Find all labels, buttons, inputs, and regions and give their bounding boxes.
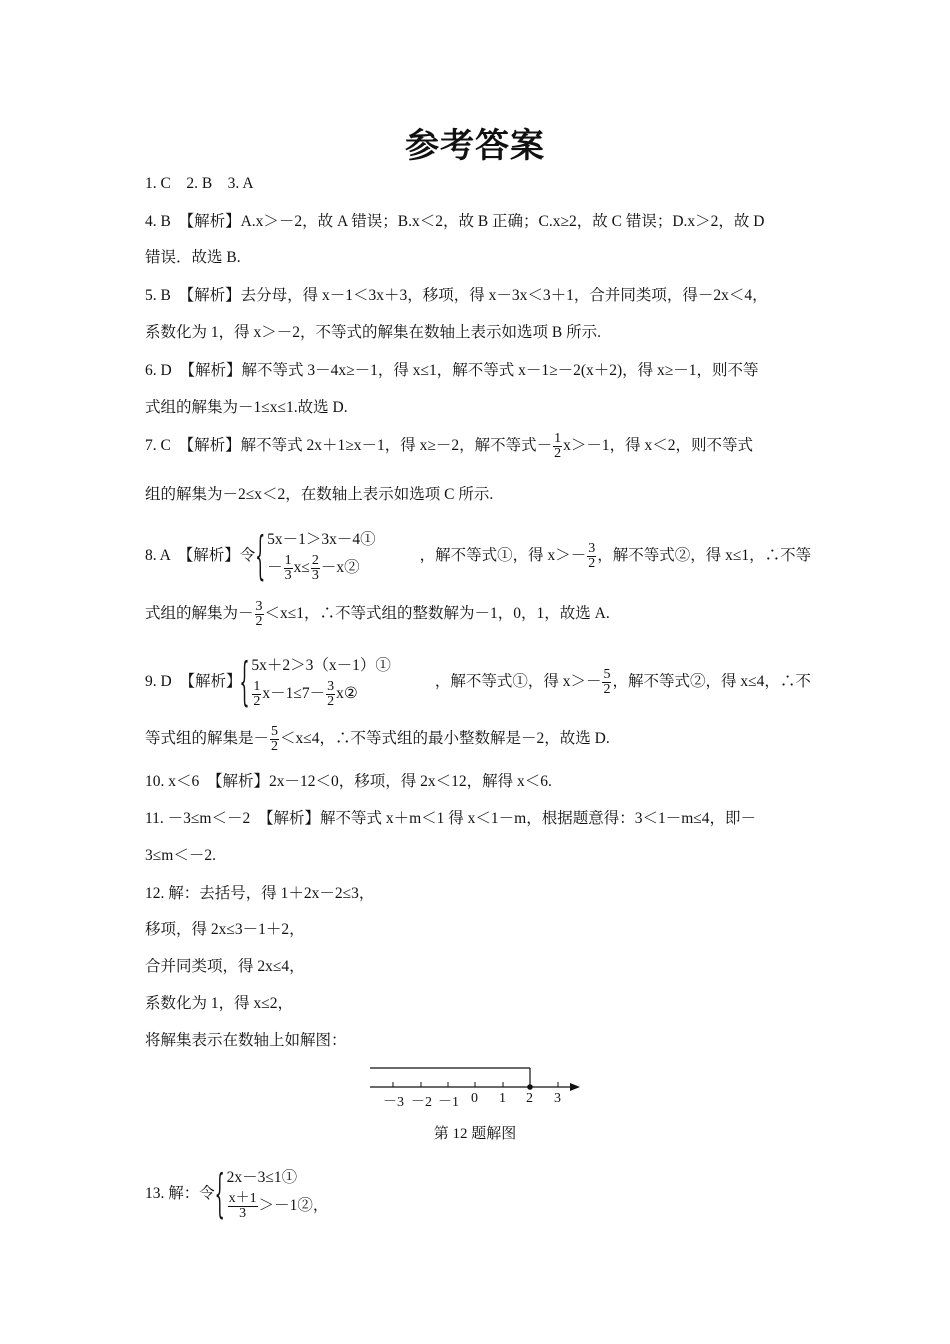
- answer-6-line2: 式组的解集为－1≤x≤1.故选 D.: [145, 398, 348, 418]
- system-row-2: －13x≤23－x②: [267, 554, 376, 583]
- answer-7-line2: 组的解集为－2≤x＜2，在数轴上表示如选项 C 所示.: [145, 485, 493, 505]
- answer-12-line5: 将解集表示在数轴上如解图：: [145, 1031, 347, 1051]
- answer-9-line2: 等式组的解集是－52＜x≤4，∴不等式组的最小整数解是－2，故选 D.: [145, 725, 610, 754]
- answer-12-line1: 12. 解：去括号，得 1＋2x－2≤3，: [145, 884, 374, 904]
- answer-12-line2: 移项，得 2x≤3－1＋2，: [145, 920, 305, 940]
- answer-12-line4: 系数化为 1，得 x≤2，: [145, 994, 293, 1014]
- inequality-system: { 2x－3≤1① x＋13＞－1②，: [227, 1168, 329, 1221]
- page-title: 参考答案: [0, 118, 950, 167]
- left-brace-icon: {: [255, 525, 265, 589]
- answer-page: 参考答案 1. C 2. B 3. A 4. B 【解析】A.x＞－2，故 A …: [0, 0, 950, 1344]
- system-row-1: 5x＋2＞3（x－1）①: [251, 656, 391, 676]
- system-row-2: 12x－1≤7－32x②: [251, 680, 391, 709]
- answer-7-pre: 7. C 【解析】解不等式 2x＋1≥x－1，得 x≥－2，解不等式－: [145, 437, 552, 454]
- number-line-figure: －3 －2 －1 0 1 2 3: [365, 1060, 585, 1120]
- answer-7-line1: 7. C 【解析】解不等式 2x＋1≥x－1，得 x≥－2，解不等式－12x＞－…: [145, 432, 753, 461]
- answer-8-line2: 式组的解集为－32＜x≤1，∴不等式组的整数解为－1，0，1，故选 A.: [145, 600, 610, 629]
- answer-8-pre: 8. A 【解析】令: [145, 547, 255, 564]
- answer-9-pre: 9. D 【解析】: [145, 673, 241, 690]
- answer-7-post: x＞－1，得 x＜2，则不等式: [563, 437, 753, 454]
- answer-13-pre: 13. 解：令: [145, 1185, 215, 1202]
- answer-13-line1: 13. 解：令 { 2x－3≤1① x＋13＞－1②，: [145, 1168, 328, 1221]
- answer-11-line2: 3≤m＜－2.: [145, 846, 216, 866]
- fraction: 12: [553, 432, 562, 461]
- left-brace-icon: {: [239, 651, 249, 715]
- inequality-system: { 5x－1＞3x－4① －13x≤23－x②: [267, 530, 376, 583]
- answer-4-line2: 错误．故选 B.: [145, 248, 241, 268]
- figure-caption: 第 12 题解图: [0, 1122, 950, 1143]
- answer-6-line1: 6. D 【解析】解不等式 3－4x≥－1，得 x≤1，解不等式 x－1≥－2(…: [145, 361, 759, 381]
- number-line-icon: [365, 1060, 585, 1120]
- inequality-system: { 5x＋2＞3（x－1）① 12x－1≤7－32x②: [251, 656, 391, 709]
- answer-10: 10. x＜6 【解析】2x－12＜0，移项，得 2x＜12，解得 x＜6.: [145, 772, 552, 792]
- system-row-1: 2x－3≤1①: [227, 1168, 329, 1188]
- answer-5-line1: 5. B 【解析】去分母，得 x－1＜3x＋3，移项，得 x－3x＜3＋1，合并…: [145, 286, 768, 306]
- answer-12-line3: 合并同类项，得 2x≤4，: [145, 957, 305, 977]
- answer-4-line1: 4. B 【解析】A.x＞－2，故 A 错误；B.x＜2，故 B 正确；C.x≥…: [145, 212, 765, 232]
- left-brace-icon: {: [215, 1163, 225, 1227]
- answer-9-line1: 9. D 【解析】 { 5x＋2＞3（x－1）① 12x－1≤7－32x② ，解…: [145, 656, 811, 709]
- answer-11-line1: 11. －3≤m＜－2 【解析】解不等式 x＋m＜1 得 x＜1－m，根据题意得…: [145, 809, 756, 829]
- answer-5-line2: 系数化为 1，得 x＞－2，不等式的解集在数轴上表示如选项 B 所示.: [145, 323, 601, 343]
- answer-8-line1: 8. A 【解析】令 { 5x－1＞3x－4① －13x≤23－x② ，解不等式…: [145, 530, 811, 583]
- system-row-1: 5x－1＞3x－4①: [267, 530, 376, 550]
- system-row-2: x＋13＞－1②，: [227, 1192, 329, 1221]
- answers-1-3: 1. C 2. B 3. A: [145, 174, 254, 194]
